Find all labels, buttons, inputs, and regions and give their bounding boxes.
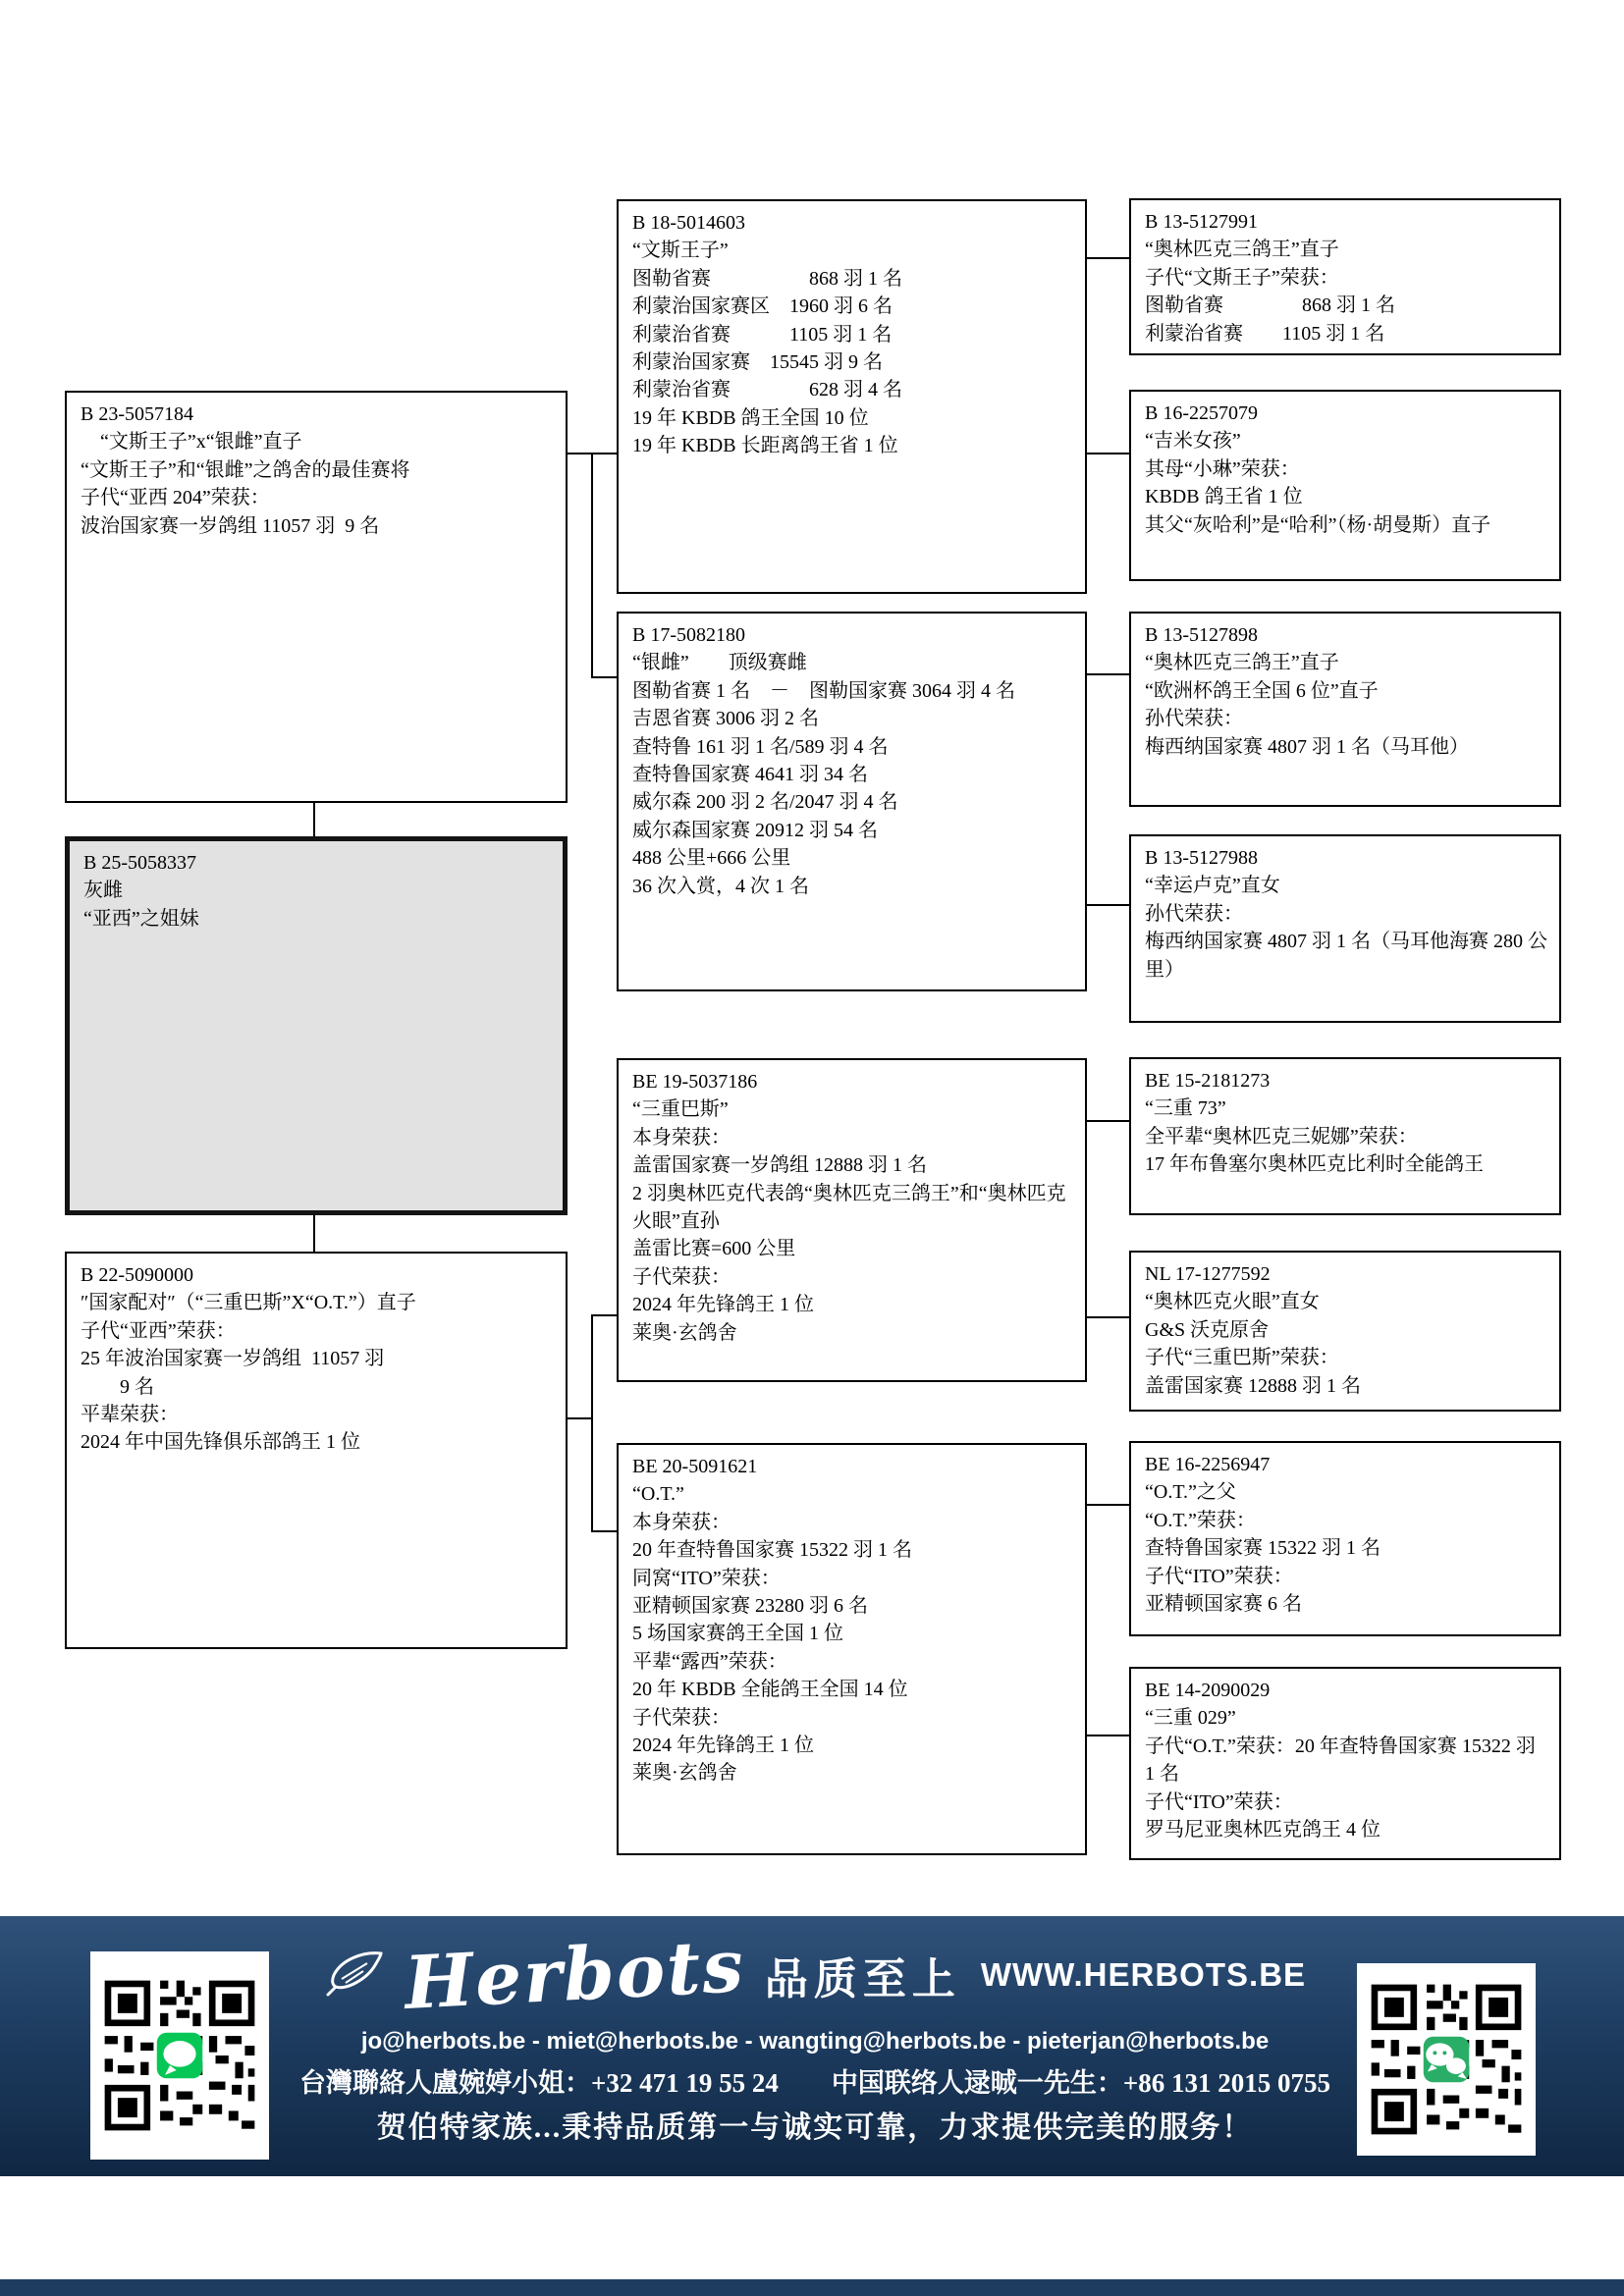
pedigree-text-line: 威尔森 200 羽 2 名/2047 羽 4 名 — [632, 788, 1075, 816]
pedigree-text-line: G&S 沃克原舍 — [1145, 1316, 1549, 1344]
pedigree-text-line: 子代“ITO”荣获： — [1145, 1563, 1549, 1590]
pedigree-text-line: 2 羽奥林匹克代表鸽“奥林匹克三鸽王”和“奥林匹克火眼”直孙 — [632, 1180, 1075, 1236]
pedigree-text-line: B 18-5014603 — [632, 209, 1075, 237]
pedigree-text-line: “三重 73” — [1145, 1095, 1549, 1122]
pedigree-text-line: B 22-5090000 — [81, 1261, 556, 1289]
pedigree-text-line: B 17-5082180 — [632, 621, 1075, 649]
pedigree-text-line: 平辈荣获： — [81, 1401, 556, 1428]
pedigree-text-line: 子代荣获： — [632, 1263, 1075, 1291]
pedigree-text-line: 莱奥·玄鸽舍 — [632, 1759, 1075, 1787]
pedigree-text-line: B 13-5127991 — [1145, 208, 1549, 236]
pedigree-box-be14-2090029: BE 14-2090029“三重 029”子代“O.T.”荣获：20 年查特鲁国… — [1129, 1667, 1561, 1860]
pedigree-text-line: 20 年 KBDB 全能鸽王全国 14 位 — [632, 1676, 1075, 1703]
connector-line — [1087, 904, 1129, 906]
pedigree-box-be15-2181273: BE 15-2181273“三重 73”全平辈“奥林匹克三妮娜”荣获：17 年布… — [1129, 1057, 1561, 1215]
pedigree-text-line: “O.T.” — [632, 1480, 1075, 1508]
footer-contacts: 台灣聯絡人盧婉婷小姐：+32 471 19 55 24 中国联络人逯晠一先生：+… — [275, 2061, 1355, 2100]
pedigree-text-line: “文斯王子”x“银雌”直子 — [81, 428, 556, 455]
pedigree-text-line: 子代“三重巴斯”荣获： — [1145, 1344, 1549, 1371]
line-qr-code — [90, 1951, 269, 2160]
pedigree-text-line: 利蒙治省赛 628 羽 4 名 — [632, 376, 1075, 403]
pedigree-text-line: 查特鲁 161 羽 1 名/589 羽 4 名 — [632, 733, 1075, 761]
pedigree-text-line: “奥林匹克三鸽王”直子 — [1145, 236, 1549, 263]
feather-icon — [324, 1949, 385, 2002]
pedigree-text-line: 梅西纳国家赛 4807 羽 1 名（马耳他） — [1145, 733, 1549, 761]
pedigree-box-b17-5082180: B 17-5082180“银雌” 顶级赛雌图勒省赛 1 名 － 图勒国家赛 30… — [617, 612, 1087, 991]
pedigree-text-line: “奥林匹克三鸽王”直子 — [1145, 649, 1549, 676]
pedigree-text-line: 本身荣获： — [632, 1509, 1075, 1536]
connector-line — [568, 1417, 593, 1419]
pedigree-box-nl17-1277592: NL 17-1277592“奥林匹克火眼”直女G&S 沃克原舍子代“三重巴斯”荣… — [1129, 1251, 1561, 1412]
pedigree-text-line: 图勒省赛 868 羽 1 名 — [1145, 292, 1549, 319]
pedigree-text-line: “奥林匹克火眼”直女 — [1145, 1288, 1549, 1315]
pedigree-text-line: 子代荣获： — [632, 1704, 1075, 1732]
pedigree-text-line: 2024 年先锋鸽王 1 位 — [632, 1291, 1075, 1318]
connector-line — [1087, 257, 1129, 259]
pedigree-text-line: 亚精顿国家赛 6 名 — [1145, 1590, 1549, 1618]
pedigree-box-b13-5127991: B 13-5127991“奥林匹克三鸽王”直子子代“文斯王子”荣获：图勒省赛 8… — [1129, 198, 1561, 355]
bottom-strip — [0, 2279, 1624, 2296]
footer-website: WWW.HERBOTS.BE — [981, 1956, 1306, 1994]
pedigree-text-line: “亚西”之姐妹 — [83, 905, 553, 933]
footer-tagline: 品质至上 — [765, 1944, 961, 2006]
pedigree-text-line: BE 14-2090029 — [1145, 1677, 1549, 1704]
pedigree-text-line: 19 年 KBDB 长距离鸽王省 1 位 — [632, 432, 1075, 459]
pedigree-text-line: “O.T.”荣获： — [1145, 1507, 1549, 1534]
connector-line — [1087, 1735, 1129, 1736]
connector-line — [591, 1314, 593, 1532]
connector-line — [591, 1530, 617, 1532]
pedigree-box-be16-2256947: BE 16-2256947“O.T.”之父“O.T.”荣获：查特鲁国家赛 153… — [1129, 1441, 1561, 1636]
pedigree-box-be20-5091621: BE 20-5091621“O.T.”本身荣获：20 年查特鲁国家赛 15322… — [617, 1443, 1087, 1855]
pedigree-page: B 23-5057184 “文斯王子”x“银雌”直子“文斯王子”和“银雌”之鸽舍… — [0, 0, 1624, 2296]
pedigree-text-line: 孙代荣获： — [1145, 900, 1549, 928]
pedigree-text-line: 子代“文斯王子”荣获： — [1145, 264, 1549, 292]
pedigree-text-line: “欧洲杯鸽王全国 6 位”直子 — [1145, 677, 1549, 705]
pedigree-text-line: 查特鲁国家赛 15322 羽 1 名 — [1145, 1534, 1549, 1562]
pedigree-text-line: 488 公里+666 公里 — [632, 844, 1075, 872]
pedigree-text-line: 9 名 — [81, 1373, 556, 1401]
pedigree-text-line: 威尔森国家赛 20912 羽 54 名 — [632, 817, 1075, 844]
pedigree-text-line: 36 次入赏，4 次 1 名 — [632, 873, 1075, 900]
pedigree-text-line: BE 16-2256947 — [1145, 1451, 1549, 1478]
pedigree-box-b22-5090000: B 22-5090000″国家配对″（“三重巴斯”X“O.T.”）直子子代“亚西… — [65, 1252, 568, 1649]
pedigree-text-line: “三重 029” — [1145, 1704, 1549, 1732]
pedigree-box-b16-2257079: B 16-2257079“吉米女孩”其母“小琳”荣获：KBDB 鸽王省 1 位其… — [1129, 390, 1561, 581]
pedigree-text-line: 其母“小琳”荣获： — [1145, 455, 1549, 483]
connector-line — [591, 453, 593, 678]
pedigree-box-b25-5058337-subject: B 25-5058337灰雌“亚西”之姐妹 — [65, 836, 568, 1215]
connector-line — [1087, 453, 1129, 454]
pedigree-text-line: “O.T.”之父 — [1145, 1478, 1549, 1506]
pedigree-text-line: 本身荣获： — [632, 1124, 1075, 1151]
wechat-qr-code — [1357, 1963, 1536, 2156]
pedigree-text-line: 莱奥·玄鸽舍 — [632, 1319, 1075, 1347]
pedigree-text-line: “幸运卢克”直女 — [1145, 872, 1549, 899]
pedigree-text-line: 子代“ITO”荣获： — [1145, 1789, 1549, 1816]
pedigree-text-line: 盖雷国家赛一岁鸽组 12888 羽 1 名 — [632, 1151, 1075, 1179]
pedigree-text-line: 子代“亚西 204”荣获： — [81, 484, 556, 511]
pedigree-text-line: 盖雷国家赛 12888 羽 1 名 — [1145, 1372, 1549, 1400]
pedigree-text-line: 利蒙治国家赛区 1960 羽 6 名 — [632, 293, 1075, 320]
pedigree-box-b18-5014603: B 18-5014603“文斯王子”图勒省赛 868 羽 1 名利蒙治国家赛区 … — [617, 199, 1087, 594]
pedigree-text-line: “银雌” 顶级赛雌 — [632, 649, 1075, 676]
pedigree-text-line: 盖雷比赛=600 公里 — [632, 1235, 1075, 1262]
pedigree-box-be19-5037186: BE 19-5037186“三重巴斯”本身荣获：盖雷国家赛一岁鸽组 12888 … — [617, 1058, 1087, 1382]
connector-line — [1087, 1316, 1129, 1318]
footer-emails: jo@herbots.be - miet@herbots.be - wangti… — [275, 2028, 1355, 2056]
pedigree-text-line: 梅西纳国家赛 4807 羽 1 名（马耳他海赛 280 公里） — [1145, 928, 1549, 984]
connector-line — [1087, 673, 1129, 675]
pedigree-text-line: 同窝“ITO”荣获： — [632, 1565, 1075, 1592]
pedigree-text-line: B 13-5127898 — [1145, 621, 1549, 649]
pedigree-box-b13-5127988: B 13-5127988“幸运卢克”直女孙代荣获：梅西纳国家赛 4807 羽 1… — [1129, 834, 1561, 1023]
pedigree-text-line: 亚精顿国家赛 23280 羽 6 名 — [632, 1592, 1075, 1620]
pedigree-text-line: “文斯王子” — [632, 237, 1075, 264]
pedigree-box-b13-5127898: B 13-5127898“奥林匹克三鸽王”直子“欧洲杯鸽王全国 6 位”直子孙代… — [1129, 612, 1561, 807]
pedigree-text-line: ″国家配对″（“三重巴斯”X“O.T.”）直子 — [81, 1289, 556, 1316]
pedigree-text-line: 子代“亚西”荣获： — [81, 1317, 556, 1345]
pedigree-text-line: 孙代荣获： — [1145, 705, 1549, 732]
pedigree-text-line: 其父“灰哈利”是“哈利”（杨·胡曼斯）直子 — [1145, 511, 1549, 539]
pedigree-text-line: 平辈“露西”荣获： — [632, 1648, 1075, 1676]
pedigree-text-line: 吉恩省赛 3006 羽 2 名 — [632, 705, 1075, 732]
pedigree-text-line: 2024 年中国先锋俱乐部鸽王 1 位 — [81, 1428, 556, 1456]
pedigree-text-line: 20 年查特鲁国家赛 15322 羽 1 名 — [632, 1536, 1075, 1564]
pedigree-text-line: 图勒省赛 868 羽 1 名 — [632, 265, 1075, 293]
pedigree-text-line: 图勒省赛 1 名 － 图勒国家赛 3064 羽 4 名 — [632, 677, 1075, 705]
connector-line — [591, 1314, 617, 1316]
pedigree-text-line: BE 19-5037186 — [632, 1068, 1075, 1095]
pedigree-text-line: “三重巴斯” — [632, 1095, 1075, 1123]
footer-slogan: 贺伯特家族...秉持品质第一与诚实可靠，力求提供完美的服务！ — [275, 2103, 1355, 2146]
pedigree-text-line: 全平辈“奥林匹克三妮娜”荣获： — [1145, 1123, 1549, 1150]
pedigree-box-b23-5057184: B 23-5057184 “文斯王子”x“银雌”直子“文斯王子”和“银雌”之鸽舍… — [65, 391, 568, 803]
pedigree-text-line: B 16-2257079 — [1145, 400, 1549, 427]
connector-line — [1087, 1120, 1129, 1122]
pedigree-text-line: KBDB 鸽王省 1 位 — [1145, 483, 1549, 510]
connector-line — [591, 676, 617, 678]
pedigree-text-line: 5 场国家赛鸽王全国 1 位 — [632, 1620, 1075, 1647]
pedigree-text-line: “文斯王子”和“银雌”之鸽舍的最佳赛将 — [81, 456, 556, 484]
pedigree-text-line: 子代“O.T.”荣获：20 年查特鲁国家赛 15322 羽 1 名 — [1145, 1733, 1549, 1789]
pedigree-text-line: 利蒙治国家赛 15545 羽 9 名 — [632, 348, 1075, 376]
pedigree-text-line: NL 17-1277592 — [1145, 1260, 1549, 1288]
pedigree-text-line: B 23-5057184 — [81, 400, 556, 428]
pedigree-text-line: 利蒙治省赛 1105 羽 1 名 — [1145, 320, 1549, 347]
pedigree-text-line: 灰雌 — [83, 877, 553, 904]
pedigree-text-line: 19 年 KBDB 鸽王全国 10 位 — [632, 404, 1075, 432]
pedigree-text-line: 25 年波治国家赛一岁鸽组 11057 羽 — [81, 1345, 556, 1372]
pedigree-text-line: 波治国家赛一岁鸽组 11057 羽 9 名 — [81, 512, 556, 540]
pedigree-text-line: BE 15-2181273 — [1145, 1067, 1549, 1095]
pedigree-text-line: BE 20-5091621 — [632, 1453, 1075, 1480]
connector-line — [1087, 1504, 1129, 1506]
pedigree-text-line: 罗马尼亚奥林匹克鸽王 4 位 — [1145, 1816, 1549, 1843]
pedigree-text-line: 查特鲁国家赛 4641 羽 34 名 — [632, 761, 1075, 788]
connector-line — [313, 803, 315, 836]
pedigree-text-line: “吉米女孩” — [1145, 427, 1549, 454]
herbots-logo: Herbots — [403, 1930, 746, 2020]
pedigree-text-line: 利蒙治省赛 1105 羽 1 名 — [632, 321, 1075, 348]
pedigree-text-line: 17 年布鲁塞尔奥林匹克比利时全能鸽王 — [1145, 1150, 1549, 1178]
footer-logo-row: Herbots 品质至上 WWW.HERBOTS.BE — [275, 1926, 1355, 2024]
pedigree-text-line: 2024 年先锋鸽王 1 位 — [632, 1732, 1075, 1759]
pedigree-text-line: B 13-5127988 — [1145, 844, 1549, 872]
pedigree-text-line: B 25-5058337 — [83, 849, 553, 877]
connector-line — [313, 1215, 315, 1252]
